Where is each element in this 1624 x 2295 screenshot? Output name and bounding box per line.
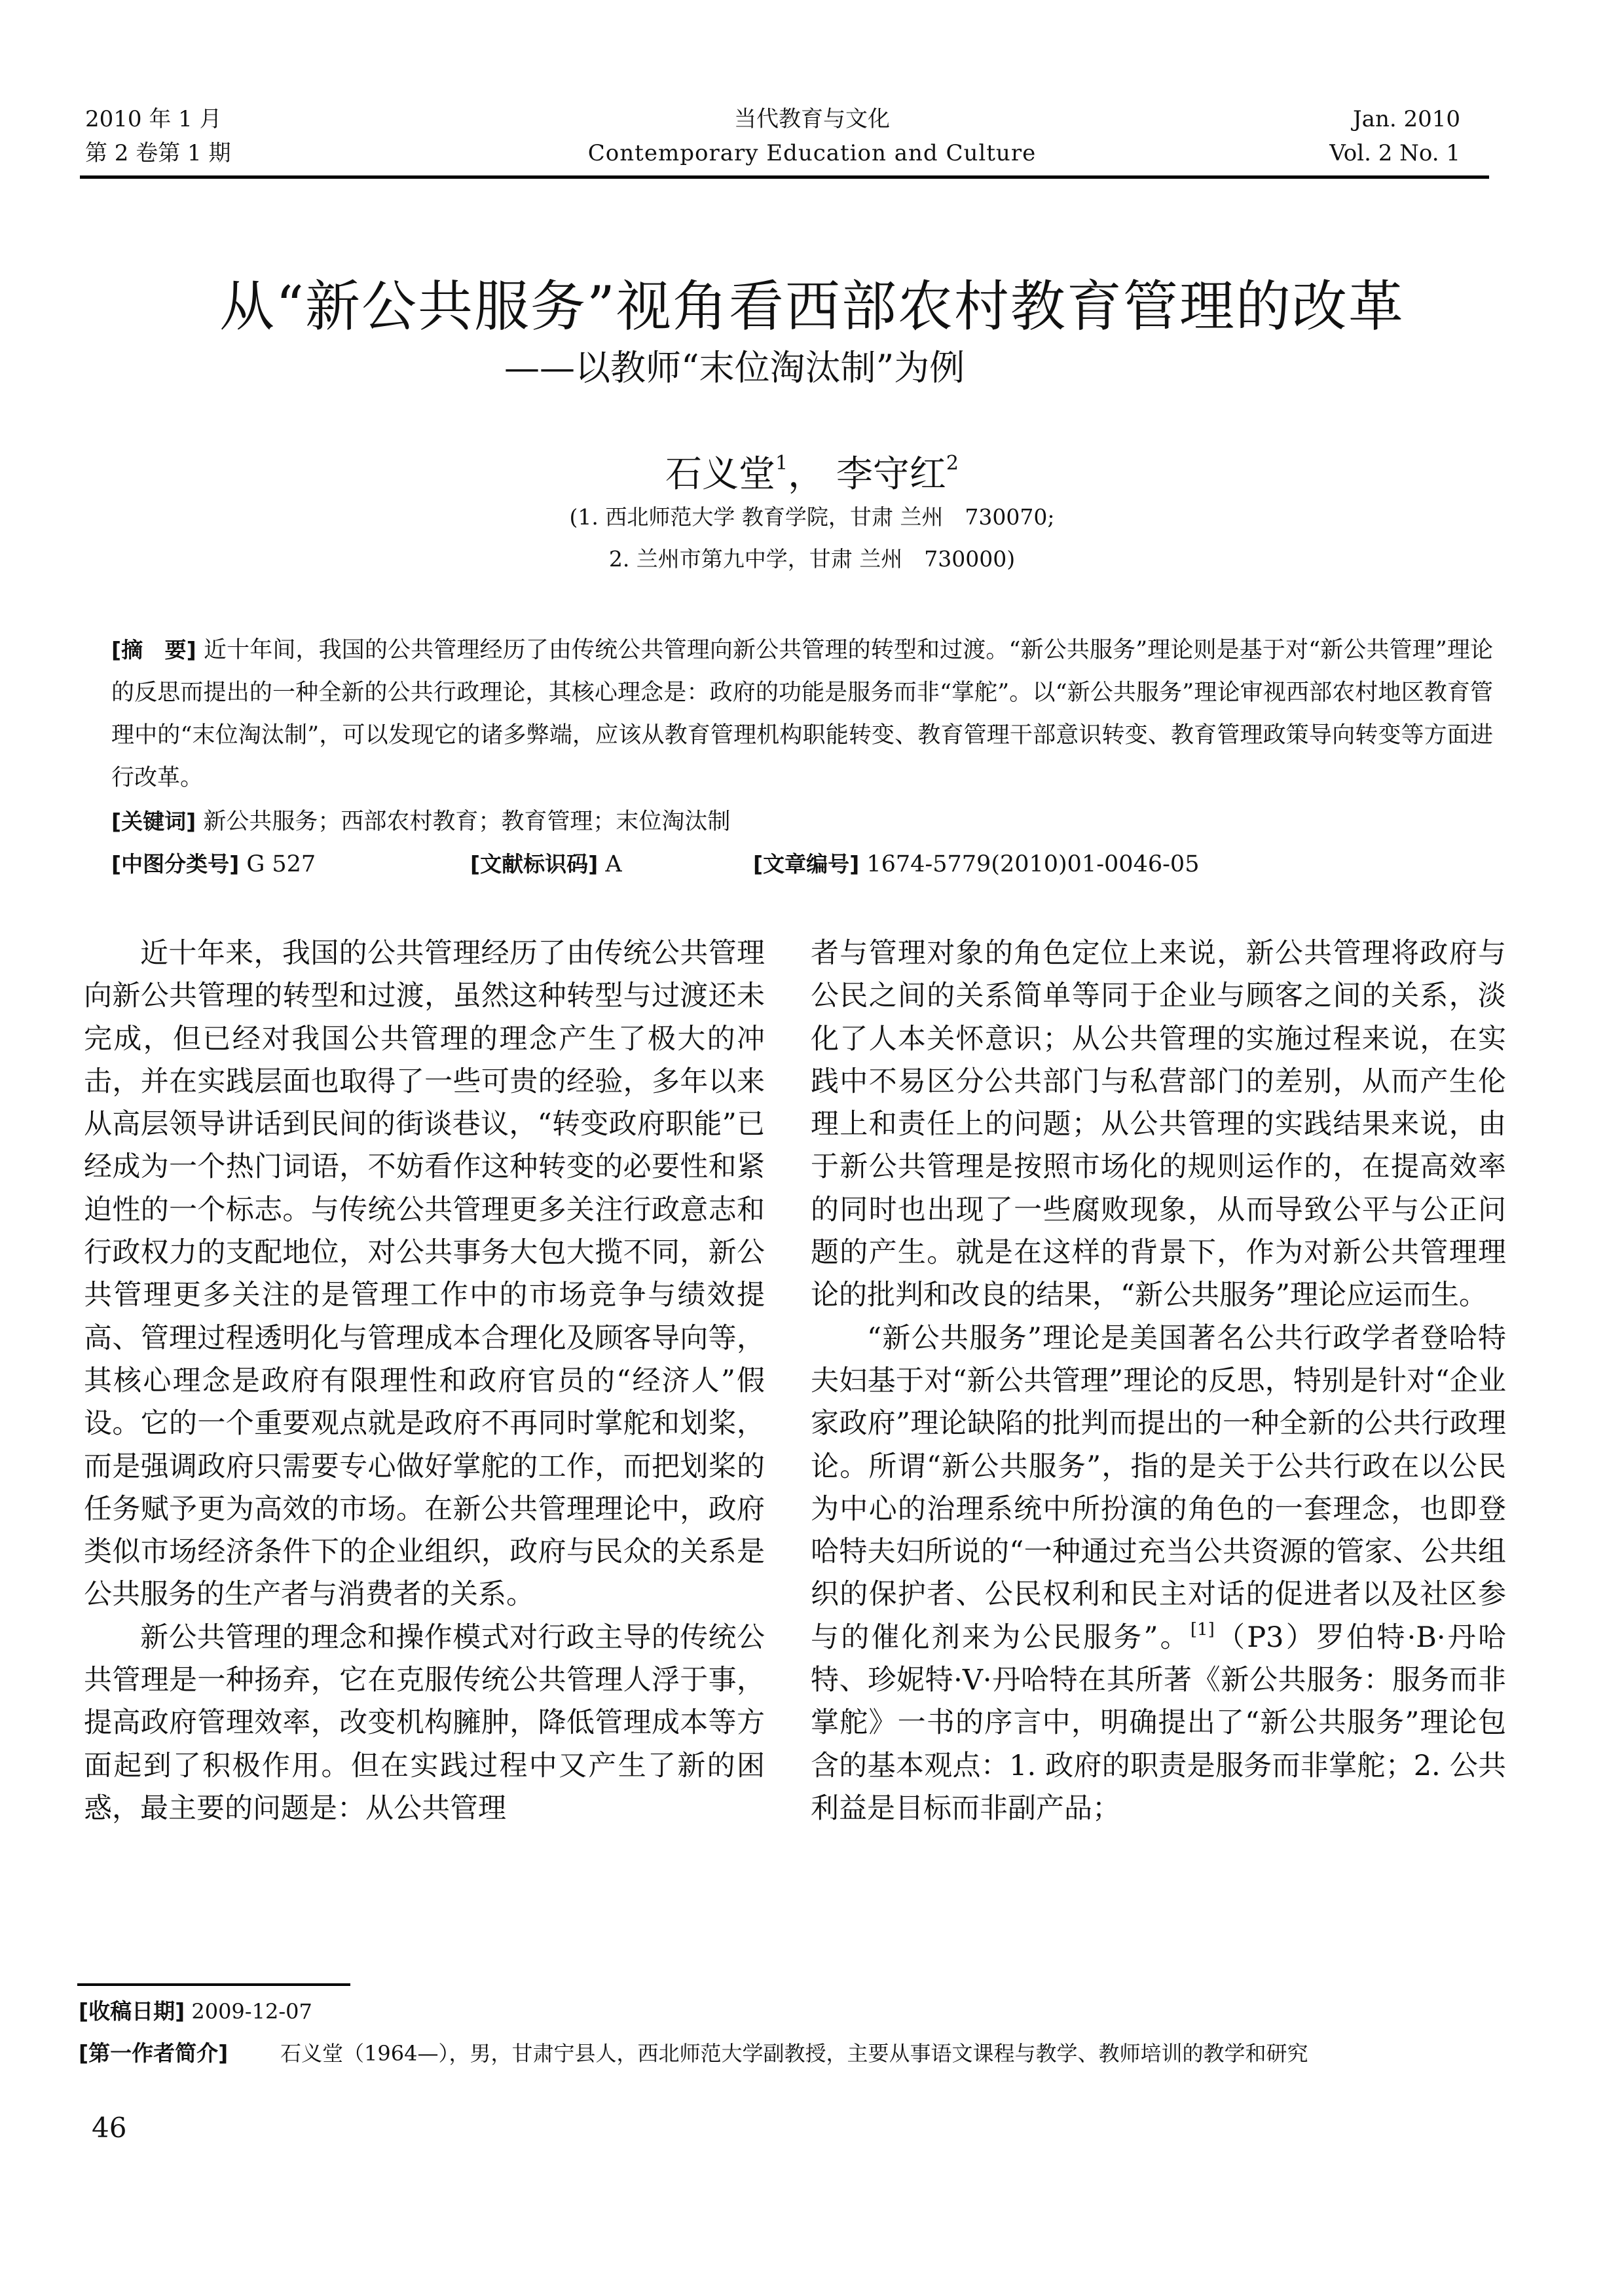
author-name: 李守红 <box>836 453 946 496</box>
clc-label: [中图分类号] <box>111 851 239 877</box>
received-value: 2009-12-07 <box>191 1999 312 2024</box>
citation-reference[interactable]: [1] <box>1190 1620 1215 1640</box>
footnote-rule <box>77 1983 350 1986</box>
doc-code-value: A <box>605 851 621 877</box>
body-paragraph: 者与管理对象的角色定位上来说，新公共管理将政府与公民之间的关系简单等同于企业与顾… <box>811 932 1506 1317</box>
received-date: [收稿日期] 2009-12-07 <box>79 1994 312 2029</box>
abstract-text: 近十年间，我国的公共管理经历了由传统公共管理向新公共管理的转型和过渡。“新公共服… <box>111 637 1493 791</box>
abstract: [摘 要] 近十年间，我国的公共管理经历了由传统公共管理向新公共管理的转型和过渡… <box>111 629 1493 799</box>
affiliation-line: 2. 兰州市第九中学，甘肃 兰州 730000) <box>0 545 1624 574</box>
affiliation-mark: 1 <box>775 452 788 475</box>
header-date-en: Jan. 2010 <box>1353 106 1460 132</box>
clc-value: G 527 <box>246 851 316 877</box>
abstract-label: [摘 要] <box>111 637 196 663</box>
header-volume-en: Vol. 2 No. 1 <box>1329 140 1460 166</box>
article-number: [文章编号] 1674-5779(2010)01-0046-05 <box>753 843 1199 886</box>
author-name: 石义堂 <box>665 453 775 496</box>
keywords: [关键词] 新公共服务；西部农村教育；教育管理；末位淘汰制 <box>111 800 730 843</box>
received-label: [收稿日期] <box>79 1998 185 2024</box>
clc-number: [中图分类号] G 527 <box>111 843 316 886</box>
body-column-left: 近十年来，我国的公共管理经历了由传统公共管理向新公共管理的转型和过渡，虽然这种转… <box>84 932 765 1830</box>
body-paragraph: 近十年来，我国的公共管理经历了由传统公共管理向新公共管理的转型和过渡，虽然这种转… <box>84 932 765 1617</box>
author-list: 石义堂1， 李守红2 <box>0 452 1624 498</box>
header-rule <box>80 175 1489 179</box>
author-bio-label-text: [第一作者简介] <box>79 2040 228 2066</box>
affiliation-line: (1. 西北师范大学 教育学院，甘肃 兰州 730070; <box>0 503 1624 532</box>
article-no-value: 1674-5779(2010)01-0046-05 <box>866 851 1199 877</box>
body-column-right: 者与管理对象的角色定位上来说，新公共管理将政府与公民之间的关系简单等同于企业与顾… <box>811 932 1506 1830</box>
author-separator: ， <box>788 453 824 496</box>
body-paragraph: “新公共服务”理论是美国著名公共行政学者登哈特夫妇基于对“新公共管理”理论的反思… <box>811 1317 1506 1831</box>
affiliation-mark: 2 <box>946 452 959 475</box>
article-title: 从“新公共服务”视角看西部农村教育管理的改革 <box>0 274 1624 339</box>
keywords-label: [关键词] <box>111 809 196 834</box>
article-no-label: [文章编号] <box>753 851 859 877</box>
document-code: [文献标识码] A <box>470 843 622 886</box>
author-bio-label: [第一作者简介] <box>79 2036 228 2070</box>
paragraph-text: “新公共服务”理论是美国著名公共行政学者登哈特夫妇基于对“新公共管理”理论的反思… <box>811 1322 1506 1654</box>
keywords-text: 新公共服务；西部农村教育；教育管理；末位淘汰制 <box>203 809 730 835</box>
doc-code-label: [文献标识码] <box>470 851 598 877</box>
author-bio: 石义堂（1964—），男，甘肃宁县人，西北师范大学副教授，主要从事语文课程与教学… <box>280 2036 1505 2070</box>
body-paragraph: 新公共管理的理念和操作模式对行政主导的传统公共管理是一种扬弃，它在克服传统公共管… <box>84 1617 765 1830</box>
article-subtitle: ——以教师“末位淘汰制”为例 <box>504 342 965 394</box>
page-number: 46 <box>92 2112 126 2144</box>
